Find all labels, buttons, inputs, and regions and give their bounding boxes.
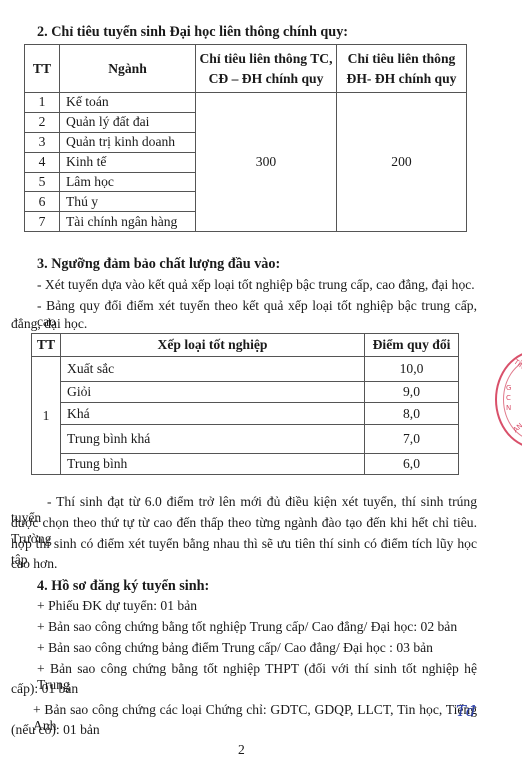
note-line-3: hợp thí sinh có điểm xét tuyển bằng nhau… (11, 536, 477, 568)
document-item-4-line-1: + Bản sao công chứng bằng tốt nghiệp THP… (37, 661, 477, 693)
row-nganh: Quản trị kinh doanh (60, 132, 196, 152)
note-line-4: cao hơn. (11, 556, 57, 572)
header-quota-tc-cd-line2: CĐ – ĐH chính quy (196, 69, 336, 89)
header-quota-dh-dh-line2: ĐH- ĐH chính quy (337, 69, 466, 89)
table-row: Trung bình khá 7,0 (32, 425, 459, 454)
row-tt: 1 (25, 93, 60, 113)
header-diem: Điểm quy đổi (365, 334, 459, 357)
row-tt: 4 (25, 152, 60, 172)
table-row: 1 Kế toán 300 200 (25, 93, 467, 113)
row-nganh: Quản lý đất đai (60, 112, 196, 132)
quota-tc-cd-value: 300 (196, 93, 337, 232)
header-nganh: Ngành (60, 45, 196, 93)
section-3-para-2-line-1: - Bảng quy đổi điểm xét tuyển theo kết q… (37, 298, 477, 330)
table-row: Khá 8,0 (32, 403, 459, 425)
header-quota-tc-cd-line1: Chỉ tiêu liên thông TC, (196, 49, 336, 69)
row-nganh: Tài chính ngân hàng (60, 212, 196, 232)
grade-conversion-table: TT Xếp loại tốt nghiệp Điểm quy đổi 1 Xu… (31, 333, 459, 475)
handwritten-initials: Tđ (456, 702, 476, 720)
row-diem: 8,0 (365, 403, 459, 425)
header-quota-dh-dh-line1: Chỉ tiêu liên thông (337, 49, 466, 69)
row-tt: 6 (25, 192, 60, 212)
stamp-letter: G (506, 384, 511, 392)
document-item-4-line-2: cấp): 01 bản (11, 681, 78, 697)
row-tt: 5 (25, 172, 60, 192)
section-3-para-2-line-2: đẳng, đại học. (11, 316, 87, 332)
row-nganh: Kinh tế (60, 152, 196, 172)
row-xep-loai: Xuất sắc (61, 357, 365, 382)
table-row: Trung bình 6,0 (32, 454, 459, 475)
row-diem: 9,0 (365, 382, 459, 403)
row-tt: 3 (25, 132, 60, 152)
quota-dh-dh-value: 200 (337, 93, 467, 232)
table-row: Giỏi 9,0 (32, 382, 459, 403)
row-diem: 7,0 (365, 425, 459, 454)
header-tt: TT (25, 45, 60, 93)
row-nganh: Thú y (60, 192, 196, 212)
red-seal-stamp: TỈNH G C N AN (495, 350, 522, 449)
row-diem: 10,0 (365, 357, 459, 382)
document-item-2: + Bản sao công chứng bằng tốt nghiệp Tru… (37, 619, 457, 635)
table-row: 1 Xuất sắc 10,0 (32, 357, 459, 382)
row-tt: 7 (25, 212, 60, 232)
section-2-heading: 2. Chỉ tiêu tuyển sinh Đại học liên thôn… (37, 24, 348, 41)
section-3-para-1: - Xét tuyển dựa vào kết quả xếp loại tốt… (37, 277, 475, 293)
page-number: 2 (238, 742, 245, 758)
stamp-letter: C (506, 394, 511, 402)
document-item-5-line-2: (nếu có): 01 bản (11, 722, 100, 738)
section-3-heading: 3. Ngưỡng đảm bảo chất lượng đầu vào: (37, 256, 280, 273)
quota-table: TT Ngành Chỉ tiêu liên thông TC, CĐ – ĐH… (24, 44, 467, 232)
header-tt: TT (32, 334, 61, 357)
stamp-letter: N (506, 404, 511, 412)
row-nganh: Lâm học (60, 172, 196, 192)
row-diem: 6,0 (365, 454, 459, 475)
header-quota-dh-dh: Chỉ tiêu liên thông ĐH- ĐH chính quy (337, 45, 467, 93)
row-xep-loai: Trung bình (61, 454, 365, 475)
row-xep-loai: Giỏi (61, 382, 365, 403)
header-quota-tc-cd: Chỉ tiêu liên thông TC, CĐ – ĐH chính qu… (196, 45, 337, 93)
row-tt: 1 (32, 357, 61, 475)
row-nganh: Kế toán (60, 93, 196, 113)
row-xep-loai: Khá (61, 403, 365, 425)
document-item-3: + Bản sao công chứng bảng điểm Trung cấp… (37, 640, 433, 656)
section-4-heading: 4. Hồ sơ đăng ký tuyển sinh: (37, 578, 209, 595)
row-tt: 2 (25, 112, 60, 132)
header-xep-loai: Xếp loại tốt nghiệp (61, 334, 365, 357)
row-xep-loai: Trung bình khá (61, 425, 365, 454)
document-item-1: + Phiếu ĐK dự tuyển: 01 bản (37, 598, 197, 614)
